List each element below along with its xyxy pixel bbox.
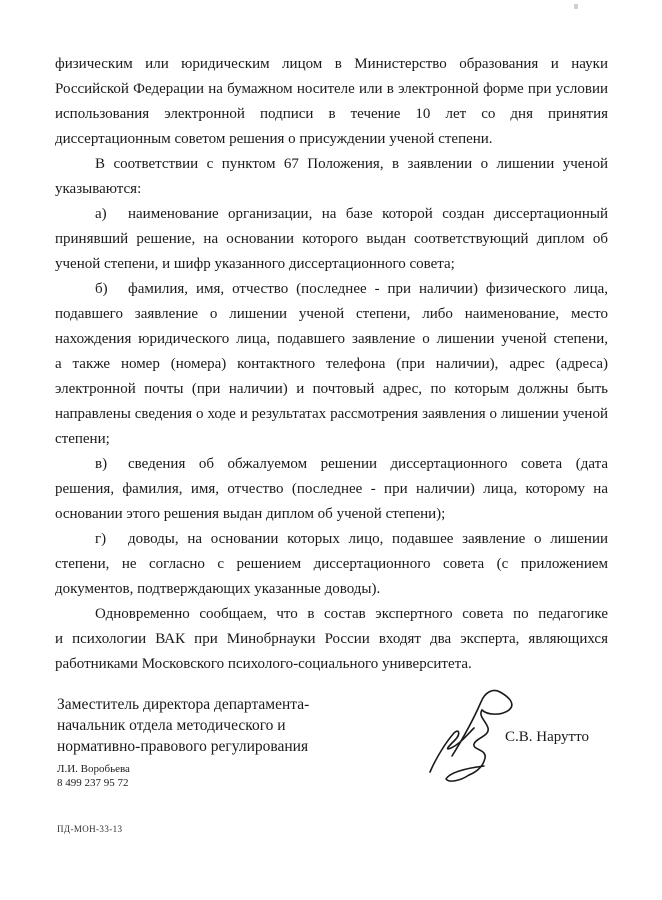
document-line: а также номер (номера) контактного телеф… bbox=[55, 352, 608, 377]
document-line: работниками Московского психолого-социал… bbox=[55, 652, 608, 677]
document-line: направлены сведения о ходе и результатах… bbox=[55, 402, 608, 427]
line-text: доводы, на основании которых лицо, подав… bbox=[55, 531, 608, 552]
document-line: основании этого решения выдан диплом об … bbox=[55, 502, 608, 527]
list-marker: б) bbox=[95, 277, 128, 302]
list-marker: г) bbox=[95, 527, 128, 552]
list-marker: а) bbox=[95, 202, 128, 227]
line-text: фамилия, имя, отчество (последнее - при … bbox=[128, 281, 608, 297]
signer-position-line: Заместитель директора департамента- bbox=[57, 694, 377, 715]
signer-position-line: нормативно-правового регулирования bbox=[57, 736, 377, 757]
signer-name: С.В. Нарутто bbox=[505, 729, 589, 746]
document-line: принявший решение, на основании которого… bbox=[55, 227, 608, 252]
list-marker: в) bbox=[95, 452, 128, 477]
document-line: степени; bbox=[55, 427, 608, 452]
document-body: физическим или юридическим лицом в Минис… bbox=[55, 52, 608, 677]
executor-phone: 8 499 237 95 72 bbox=[57, 776, 130, 790]
document-line: решения, фамилия, имя, отчество (последн… bbox=[55, 477, 608, 502]
document-line: нахождения юридического лица, подавшего … bbox=[55, 327, 608, 352]
signer-position-line: начальник отдела методического и bbox=[57, 715, 377, 736]
document-line: подавшего заявление о лишении ученой сте… bbox=[55, 302, 608, 327]
signer-position: Заместитель директора департамента- нача… bbox=[57, 694, 377, 757]
document-line: ученой степени, и шифр указанного диссер… bbox=[55, 252, 608, 277]
line-text: наименование организации, на базе которо… bbox=[55, 206, 608, 227]
executor-name: Л.И. Воробьева bbox=[57, 762, 130, 776]
document-line: указываются: bbox=[55, 177, 608, 202]
document-line: физическим или юридическим лицом в Минис… bbox=[55, 52, 608, 77]
document-line: б)фамилия, имя, отчество (последнее - пр… bbox=[55, 277, 608, 302]
document-line: диссертационным советом решения о присуж… bbox=[55, 127, 608, 152]
document-line: и психологии ВАК при Минобрнауки России … bbox=[55, 627, 608, 652]
document-line: в)сведения об обжалуемом решении диссерт… bbox=[55, 452, 608, 477]
executor-block: Л.И. Воробьева 8 499 237 95 72 bbox=[57, 762, 130, 790]
document-line: Одновременно сообщаем, что в состав эксп… bbox=[55, 602, 608, 627]
scan-artifact bbox=[574, 4, 578, 9]
line-text: сведения об обжалуемом решении диссертац… bbox=[55, 456, 608, 477]
document-line: В соответствии с пунктом 67 Положения, в… bbox=[55, 152, 608, 177]
document-code: ПД-МОН-33-13 bbox=[57, 824, 122, 834]
document-line: а)наименование организации, на базе кото… bbox=[55, 202, 608, 227]
document-line: документов, подтверждающих указанные дов… bbox=[55, 577, 608, 602]
document-line: г)доводы, на основании которых лицо, под… bbox=[55, 527, 608, 552]
document-line: Российской Федерации на бумажном носител… bbox=[55, 77, 608, 102]
document-line: электронной почты (при наличии) и почтов… bbox=[55, 377, 608, 402]
document-line: использования электронной подписи в тече… bbox=[55, 102, 608, 127]
document-line: степени, не согласно с решением диссерта… bbox=[55, 552, 608, 577]
scanned-letter-page: физическим или юридическим лицом в Минис… bbox=[0, 0, 662, 900]
